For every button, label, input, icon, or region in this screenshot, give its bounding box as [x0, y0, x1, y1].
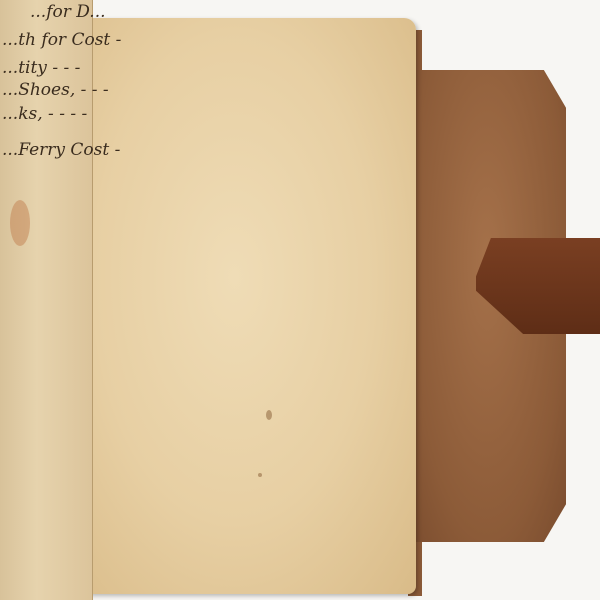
handwritten-left-page: ...for D... ...th for Cost - ...tity - -… [0, 0, 93, 600]
handwriting-line: ...Ferry Cost - [2, 140, 120, 160]
handwriting-line: ...ks, - - - - [2, 104, 87, 124]
handwriting-line: ...for D... [30, 2, 106, 22]
handwriting-line: ...Shoes, - - - [2, 80, 109, 100]
handwriting-line: ...tity - - - [2, 58, 80, 78]
page-stain [10, 200, 30, 246]
photo-scene: ...for D... ...th for Cost - ...tity - -… [0, 0, 600, 600]
handwriting-line: ...th for Cost - [2, 30, 121, 50]
page-spot [266, 410, 272, 420]
blank-right-page [86, 18, 416, 594]
page-spot [258, 473, 262, 477]
